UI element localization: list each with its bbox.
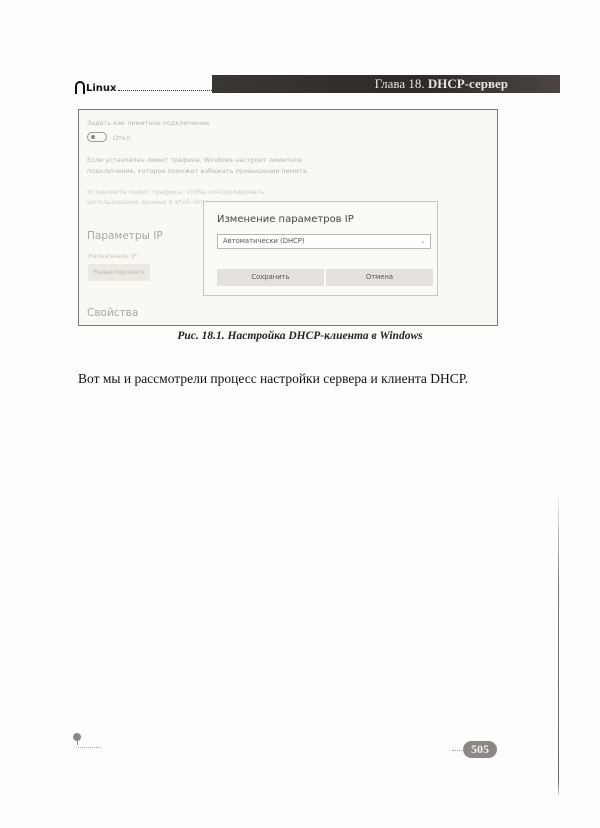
tree-trunk xyxy=(77,740,78,745)
metered-connection-label: Задать как лимитное подключение xyxy=(87,119,209,127)
ip-settings-title: Параметры IP xyxy=(87,230,163,242)
page-number: 505 xyxy=(463,741,497,758)
ip-assignment-label: Назначение IP: xyxy=(88,252,139,260)
chevron-down-icon: ⌄ xyxy=(420,235,426,247)
chapter-title: Глава 18. DHCP-сервер xyxy=(375,75,508,93)
running-header-logo: Linux xyxy=(75,76,117,94)
header-dotted-leader xyxy=(118,90,212,91)
logo-text: Linux xyxy=(86,84,117,94)
save-button[interactable]: Сохранить xyxy=(217,269,324,286)
footer-dots xyxy=(76,747,101,748)
page-edge-line xyxy=(558,495,559,795)
ip-mode-value: Автоматически (DHCP) xyxy=(223,235,305,248)
body-paragraph: Вот мы и рассмотрели процесс настройки с… xyxy=(78,371,468,387)
cancel-button[interactable]: Отмена xyxy=(326,269,433,286)
ip-mode-select[interactable]: Автоматически (DHCP) ⌄ xyxy=(217,234,431,249)
data-limit-line-1: Установите лимит трафика, чтобы контроли… xyxy=(87,188,264,196)
data-limit-line-2: использование данных в этой сети xyxy=(87,198,208,206)
properties-title: Свойства xyxy=(87,307,138,319)
figure-screenshot: Задать как лимитное подключение Откл. Ес… xyxy=(78,109,498,326)
chapter-name: DHCP-сервер xyxy=(428,76,508,91)
metered-desc-line-1: Если установлен лимит трафика, Windows н… xyxy=(87,156,302,164)
linux-logo-icon xyxy=(75,81,85,94)
metered-desc-line-2: подключение, которое поможет избежать пр… xyxy=(87,167,309,175)
edit-ip-dialog: Изменение параметров IP Автоматически (D… xyxy=(203,201,438,296)
chapter-prefix: Глава 18. xyxy=(375,76,425,91)
toggle-state: Откл. xyxy=(113,134,132,142)
chapter-header-bar: Глава 18. DHCP-сервер xyxy=(212,75,560,93)
figure-caption: Рис. 18.1. Настройка DHCP-клиента в Wind… xyxy=(0,330,600,342)
edit-button[interactable]: Редактировать xyxy=(88,264,150,281)
metered-toggle[interactable] xyxy=(87,132,107,142)
dialog-title: Изменение параметров IP xyxy=(217,214,354,225)
